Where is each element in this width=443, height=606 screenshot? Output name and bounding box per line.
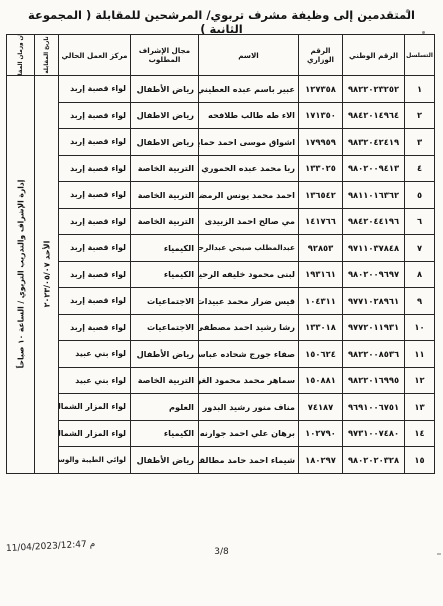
cell-name: رشا رشيد احمد مصطفى bbox=[199, 314, 299, 341]
cell-serial: ٥ bbox=[405, 182, 435, 209]
cell-serial: ٨ bbox=[405, 261, 435, 288]
table-row: ٦ ٩٨٤٢٠٤٤١٩٦ ١٤١٧٦٦ مي صالح احمد الزبيدى… bbox=[7, 208, 435, 235]
cell-field: رياض الأطفال bbox=[131, 76, 199, 103]
cell-field: التربية الخاصة bbox=[131, 208, 199, 235]
merged-interview-place-time: إدارة الإشراف والتدريب التربوي / الساعة … bbox=[7, 76, 35, 474]
cell-work-center: لواء قصبة إربد bbox=[59, 102, 131, 129]
candidates-table: التسلسل الرقم الوطني الرقم الوزاري الاسم… bbox=[6, 34, 435, 474]
cell-ministry-id: ١٢٧٣٥٨ bbox=[299, 76, 343, 103]
cell-ministry-id: ١٩٣١٦١ bbox=[299, 261, 343, 288]
cell-national-id: ٩٧٧١٠٢٨٩٦١ bbox=[343, 288, 405, 315]
table-row: ٥ ٩٨١١٠١٦٣٦٢ ١٣٦٥٤٢ احمد محمد يونس الرمض… bbox=[7, 182, 435, 209]
cell-work-center: لواء قصبة إربد bbox=[59, 182, 131, 209]
cell-ministry-id: ٩٢٨٥٣ bbox=[299, 235, 343, 262]
cell-work-center: لواء بني عبيد bbox=[59, 367, 131, 394]
cell-serial: ١ bbox=[405, 76, 435, 103]
cell-serial: ٧ bbox=[405, 235, 435, 262]
cell-field: الاجتماعيات bbox=[131, 314, 199, 341]
cell-serial: ١١ bbox=[405, 341, 435, 368]
header-national-id: الرقم الوطني bbox=[343, 35, 405, 76]
cell-national-id: ٩٧٧٢٠١١٩٣١ bbox=[343, 314, 405, 341]
cell-serial: ١٢ bbox=[405, 367, 435, 394]
cell-work-center: لواء قصبة إربد bbox=[59, 155, 131, 182]
cell-field: العلوم bbox=[131, 394, 199, 421]
cell-ministry-id: ١٣٦٥٤٢ bbox=[299, 182, 343, 209]
cell-field: رياض الأطفال bbox=[131, 447, 199, 474]
table-row: ٢ ٩٨٤٢٠١٤٩٦٤ ١٧١٣٥٠ الاء طه طالب طلافحه … bbox=[7, 102, 435, 129]
cell-name: ربا محمد عبده الحموري bbox=[199, 155, 299, 182]
cell-work-center: لواء قصبة إربد bbox=[59, 288, 131, 315]
cell-serial: ٩ bbox=[405, 288, 435, 315]
table-row: ١٢ ٩٨٢٢٠١٦٩٩٥ ١٥٠٨٨١ سماهر محمد محمود ال… bbox=[7, 367, 435, 394]
cell-ministry-id: ١٣٣٠١٨ bbox=[299, 314, 343, 341]
cell-work-center: لواء قصبة إربد bbox=[59, 76, 131, 103]
cell-work-center: لواء قصبة إربد bbox=[59, 261, 131, 288]
cell-work-center: لواء قصبة إربد bbox=[59, 129, 131, 156]
cell-ministry-id: ١٤١٧٦٦ bbox=[299, 208, 343, 235]
cell-national-id: ٩٨٠٢٠٢٠٣٢٨ bbox=[343, 447, 405, 474]
cell-ministry-id: ١٣٣٠٢٥ bbox=[299, 155, 343, 182]
table-header-row: التسلسل الرقم الوطني الرقم الوزاري الاسم… bbox=[7, 35, 435, 76]
header-serial: التسلسل bbox=[405, 35, 435, 76]
cell-national-id: ٩٨٤٢٠٤٤١٩٦ bbox=[343, 208, 405, 235]
cell-serial: ٢ bbox=[405, 102, 435, 129]
cell-work-center: لواء المزار الشمالي bbox=[59, 420, 131, 447]
table-row: ٤ ٩٨٠٢٠٠٩٤١٣ ١٣٣٠٢٥ ربا محمد عبده الحمور… bbox=[7, 155, 435, 182]
cell-name: عبدالمطلب صبحي عبدالرحمن العايدي bbox=[199, 235, 299, 262]
table-row: ١٤ ٩٧٣١٠٠٧٤٨٠ ١٠٢٧٩٠ برهان علي احمد جوار… bbox=[7, 420, 435, 447]
cell-national-id: ٩٧١١٠٣٧٨٤٨ bbox=[343, 235, 405, 262]
header-ministry-id: الرقم الوزاري bbox=[299, 35, 343, 76]
cell-work-center: لواء بني عبيد bbox=[59, 341, 131, 368]
cell-work-center: لوائي الطيبة والوسطية bbox=[59, 447, 131, 474]
cell-field: الكيمياء bbox=[131, 235, 199, 262]
cell-national-id: ٩٨٢٢٠١٦٩٩٥ bbox=[343, 367, 405, 394]
table-row: ١ ٩٨٢٢٠٢٣٢٥٢ ١٢٧٣٥٨ عبير باسم عبده العطي… bbox=[7, 76, 435, 103]
cell-work-center: لواء المزار الشمالي bbox=[59, 394, 131, 421]
document-title: المتقدمين إلى وظيفة مشرف تربوي/ المرشحين… bbox=[20, 8, 423, 36]
header-work-center: مركز العمل الحالي bbox=[59, 35, 131, 76]
cell-ministry-id: ١٥٠٦٢٤ bbox=[299, 341, 343, 368]
cell-national-id: ٩٨١١٠١٦٣٦٢ bbox=[343, 182, 405, 209]
cell-ministry-id: ١٧١٣٥٠ bbox=[299, 102, 343, 129]
table-row: ١٠ ٩٧٧٢٠١١٩٣١ ١٣٣٠١٨ رشا رشيد احمد مصطفى… bbox=[7, 314, 435, 341]
cell-field: الكيمياء bbox=[131, 261, 199, 288]
cell-field: الكيمياء bbox=[131, 420, 199, 447]
cell-national-id: ٩٨٣٢٠٤٢٤١٩ bbox=[343, 129, 405, 156]
table-row: ١٥ ٩٨٠٢٠٢٠٣٢٨ ١٨٠٢٩٧ شيماء احمد حامد مطا… bbox=[7, 447, 435, 474]
cell-ministry-id: ١٠٤٣١١ bbox=[299, 288, 343, 315]
cell-national-id: ٩٨٤٢٠١٤٩٦٤ bbox=[343, 102, 405, 129]
cell-name: شيماء احمد حامد مطالقه bbox=[199, 447, 299, 474]
cell-name: سماهر محمد محمود الغرايبه bbox=[199, 367, 299, 394]
cell-ministry-id: ١٨٠٢٩٧ bbox=[299, 447, 343, 474]
merged-interview-date: الأحد ٢٠٢٣/٠٥/٠٧ bbox=[35, 76, 59, 474]
cell-serial: ١٣ bbox=[405, 394, 435, 421]
cell-field: التربية الخاصة bbox=[131, 155, 199, 182]
cell-name: عبير باسم عبده العطيني bbox=[199, 76, 299, 103]
cell-ministry-id: ١٥٠٨٨١ bbox=[299, 367, 343, 394]
cell-name: برهان علي احمد جوارنه bbox=[199, 420, 299, 447]
cell-ministry-id: ١٧٩٩٥٩ bbox=[299, 129, 343, 156]
header-supervision-field: مجال الإشراف المطلوب bbox=[131, 35, 199, 76]
cell-work-center: لواء قصبة إربد bbox=[59, 314, 131, 341]
cell-name: مناف منور رشيد البدور bbox=[199, 394, 299, 421]
cell-work-center: لواء قصبة إربد bbox=[59, 235, 131, 262]
table-row: ٨ ٩٨٠٢٠٠٩٦٩٧ ١٩٣١٦١ لبنى محمود خليفه الر… bbox=[7, 261, 435, 288]
cell-field: التربية الخاصة bbox=[131, 367, 199, 394]
cell-serial: ١٥ bbox=[405, 447, 435, 474]
cell-ministry-id: ٧٤١٨٧ bbox=[299, 394, 343, 421]
cell-field: الاجتماعيات bbox=[131, 288, 199, 315]
table-row: ١٣ ٩٦٩١٠٠٦٧٥١ ٧٤١٨٧ مناف منور رشيد البدو… bbox=[7, 394, 435, 421]
cell-name: الاء طه طالب طلافحه bbox=[199, 102, 299, 129]
header-interview-date: تاريخ المقابلة bbox=[35, 35, 59, 76]
cell-serial: ٦ bbox=[405, 208, 435, 235]
cell-serial: ١٤ bbox=[405, 420, 435, 447]
cell-field: التربية الخاصة bbox=[131, 182, 199, 209]
table-row: ٧ ٩٧١١٠٣٧٨٤٨ ٩٢٨٥٣ عبدالمطلب صبحي عبدالر… bbox=[7, 235, 435, 262]
cell-name: مي صالح احمد الزبيدى bbox=[199, 208, 299, 235]
cell-national-id: ٩٨٠٢٠٠٩٦٩٧ bbox=[343, 261, 405, 288]
header-name: الاسم bbox=[199, 35, 299, 76]
cell-ministry-id: ١٠٢٧٩٠ bbox=[299, 420, 343, 447]
table-row: ١١ ٩٨٢٢٠٠٨٥٣٦ ١٥٠٦٢٤ صفاء جورج شحاده عبا… bbox=[7, 341, 435, 368]
cell-national-id: ٩٨٢٢٠٢٣٢٥٢ bbox=[343, 76, 405, 103]
cell-name: اشواق موسى احمد حمايده bbox=[199, 129, 299, 156]
header-interview-place-time: مكان وزمان المقابلة bbox=[7, 35, 35, 76]
cell-name: لبنى محمود خليفه الرحيل bbox=[199, 261, 299, 288]
cell-name: قيس ضرار محمد عبيدات bbox=[199, 288, 299, 315]
cell-name: صفاء جورج شحاده عباسي bbox=[199, 341, 299, 368]
cell-field: رياض الاطفال bbox=[131, 129, 199, 156]
table-row: ٣ ٩٨٣٢٠٤٢٤١٩ ١٧٩٩٥٩ اشواق موسى احمد حماي… bbox=[7, 129, 435, 156]
table-row: ٩ ٩٧٧١٠٢٨٩٦١ ١٠٤٣١١ قيس ضرار محمد عبيدات… bbox=[7, 288, 435, 315]
cell-national-id: ٩٦٩١٠٠٦٧٥١ bbox=[343, 394, 405, 421]
cell-work-center: لواء قصبة إربد bbox=[59, 208, 131, 235]
cell-national-id: ٩٧٣١٠٠٧٤٨٠ bbox=[343, 420, 405, 447]
cell-serial: ١٠ bbox=[405, 314, 435, 341]
cell-name: احمد محمد يونس الرمضان bbox=[199, 182, 299, 209]
cell-field: رياض الاطفال bbox=[131, 102, 199, 129]
cell-national-id: ٩٨٠٢٠٠٩٤١٣ bbox=[343, 155, 405, 182]
cell-serial: ٤ bbox=[405, 155, 435, 182]
cell-field: رياض الأطفال bbox=[131, 341, 199, 368]
cell-serial: ٣ bbox=[405, 129, 435, 156]
cell-national-id: ٩٨٢٢٠٠٨٥٣٦ bbox=[343, 341, 405, 368]
